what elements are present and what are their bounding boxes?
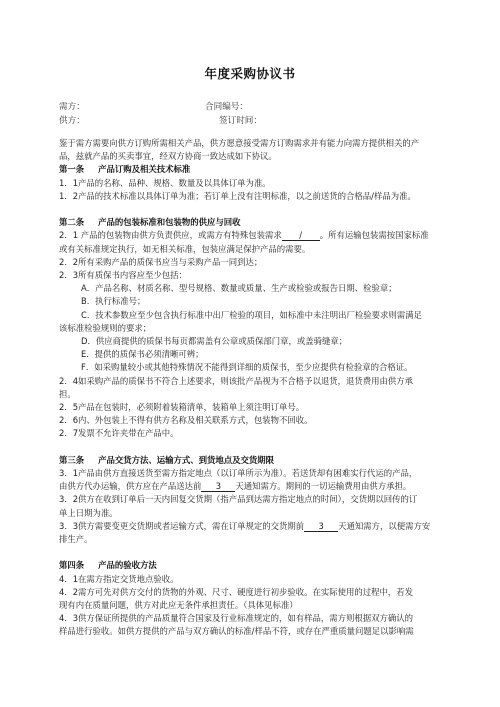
clause-continuation: 现有内在质量问题，供方对此应无条件承担责任。（具体见标准）: [59, 599, 459, 612]
article-number: 第三条: [59, 455, 84, 465]
fill-blank: /: [282, 230, 320, 241]
article-title: 产品的包装标准和包装物的供应与回收: [98, 217, 240, 227]
fill-blank: 3: [201, 481, 235, 492]
clause-continuation: 由供方代办运输，供方应在产品送达前3天通知需方。期间的一切运输费用由供方承担。: [59, 480, 459, 493]
clause: 4．3供方保证所提供的产品质量符合国家及行业标准规定的，如有样品，需方则根据双方…: [59, 612, 459, 625]
clause: 1．2产品的技术标准以具体订单为准；若订单上没有注明标准，以之前送货的合格品/样…: [59, 190, 459, 203]
intro-line: 鉴于需方需要向供方订购所需相关产品，供方愿意接受需方订购需求并有能力向需方提供相…: [59, 137, 459, 150]
document-page: 年度采购协议书 需方： 供方： 合同编号： 签订时间： 鉴于需方需要向供方订购所…: [0, 0, 500, 707]
fill-blank: 3: [304, 521, 338, 532]
clause: 2．7发票不允许夹带在产品中。: [59, 427, 459, 440]
document-title: 年度采购协议书: [0, 64, 500, 82]
clause: 2．5产品在包装时，必须附着装箱清单，装箱单上须注明订单号。: [59, 401, 459, 414]
contract-number-label: 合同编号：: [205, 100, 248, 112]
buyer-label: 需方：: [59, 100, 85, 112]
supplier-label: 供方：: [59, 114, 85, 126]
sub-clause-a: A．产品名称、材质名称、型号规格、数量或质量、生产或检验或报告日期、检验章；: [59, 282, 459, 295]
clause: 2．4如采购产品的质保书不符合上述要求，则该批产品视为不合格予以退货，退货费用由…: [59, 375, 459, 388]
article-3-heading: 第三条产品交货方法、运输方式、到货地点及交货期限: [59, 454, 459, 467]
clause: 3．2供方在收到订单后一天内回复交货期（指产品到达需方指定地点的时间），交货期以…: [59, 493, 459, 506]
sub-clause-c: C．技术参数应至少包含执行标准中出厂检验的项目，如标准中未注明出厂检验要求则需满…: [59, 309, 459, 322]
sub-clause-e: E．提供的质保书必须清晰可辨；: [59, 348, 459, 361]
clause-continuation: 单上日期为准。: [59, 507, 459, 520]
clause-continuation: 或有关标准规定执行，如无相关标准，包装应满足保护产品的需要。: [59, 243, 459, 256]
article-2-heading: 第二条产品的包装标准和包装物的供应与回收: [59, 216, 459, 229]
sign-date-label: 签订时间：: [219, 114, 262, 126]
article-title: 产品订购及相关技术标准: [98, 164, 190, 174]
clause: 4．1在需方指定交货地点验收。: [59, 573, 459, 586]
clause: 1．1产品的名称、品种、规格、数量及以具体订单为准。: [59, 177, 459, 190]
clause: 2．6内、外包装上不得有供方名称及相关联系方式，包装物不回收。: [59, 414, 459, 427]
clause-continuation: 排生产。: [59, 533, 459, 546]
article-number: 第二条: [59, 217, 84, 227]
sub-clause-b: B．执行标准号；: [59, 295, 459, 308]
article-number: 第四条: [59, 560, 84, 570]
document-body: 鉴于需方需要向供方订购所需相关产品，供方愿意接受需方订购需求并有能力向需方提供相…: [59, 137, 459, 639]
intro-line: 品，兹就产品的买卖事宜，经双方协商一致达成如下协议。: [59, 150, 459, 163]
sub-clause-d: D．供应商提供的质保书每页都需盖有公章或质保部门章，或盖骑缝章；: [59, 335, 459, 348]
clause: 2．3所有质保书内容应至少包括：: [59, 269, 459, 282]
clause: 2．2所有采购产品的质保书应当与采购产品一同到达；: [59, 256, 459, 269]
article-title: 产品交货方法、运输方式、到货地点及交货期限: [98, 455, 274, 465]
article-4-heading: 第四条产品的验收方法: [59, 559, 459, 572]
sub-clause-f: F．如采购量较小或其他特殊情况不能得到详细的质保书，至少应提供有检验章的合格证。: [59, 361, 459, 374]
clause-continuation: 担。: [59, 388, 459, 401]
article-title: 产品的验收方法: [98, 560, 157, 570]
sub-clause-c-continuation: 该标准检验规则的要求；: [59, 322, 459, 335]
clause: 3．1产品由供方直接送货至需方指定地点（以订单所示为准）。若送货却有困难实行代运…: [59, 467, 459, 480]
clause: 2．1 产品的包装物由供方负责供应，或需方有特殊包装需求/。所有运输包装需按国家…: [59, 229, 459, 242]
clause: 3．3供方需要变更交货期或者运输方式，需在订单规定的交货期前3天通知需方，以便需…: [59, 520, 459, 533]
article-number: 第一条: [59, 164, 84, 174]
article-1-heading: 第一条产品订购及相关技术标准: [59, 163, 459, 176]
clause: 4．2需方可先对供方交付的货物的外观、尺寸、硬度进行初步验收。在实际使用的过程中…: [59, 586, 459, 599]
clause-continuation: 样品进行验收。如供方提供的产品与双方确认的标准/样品不符，或存在严重质量问题足以…: [59, 625, 459, 638]
